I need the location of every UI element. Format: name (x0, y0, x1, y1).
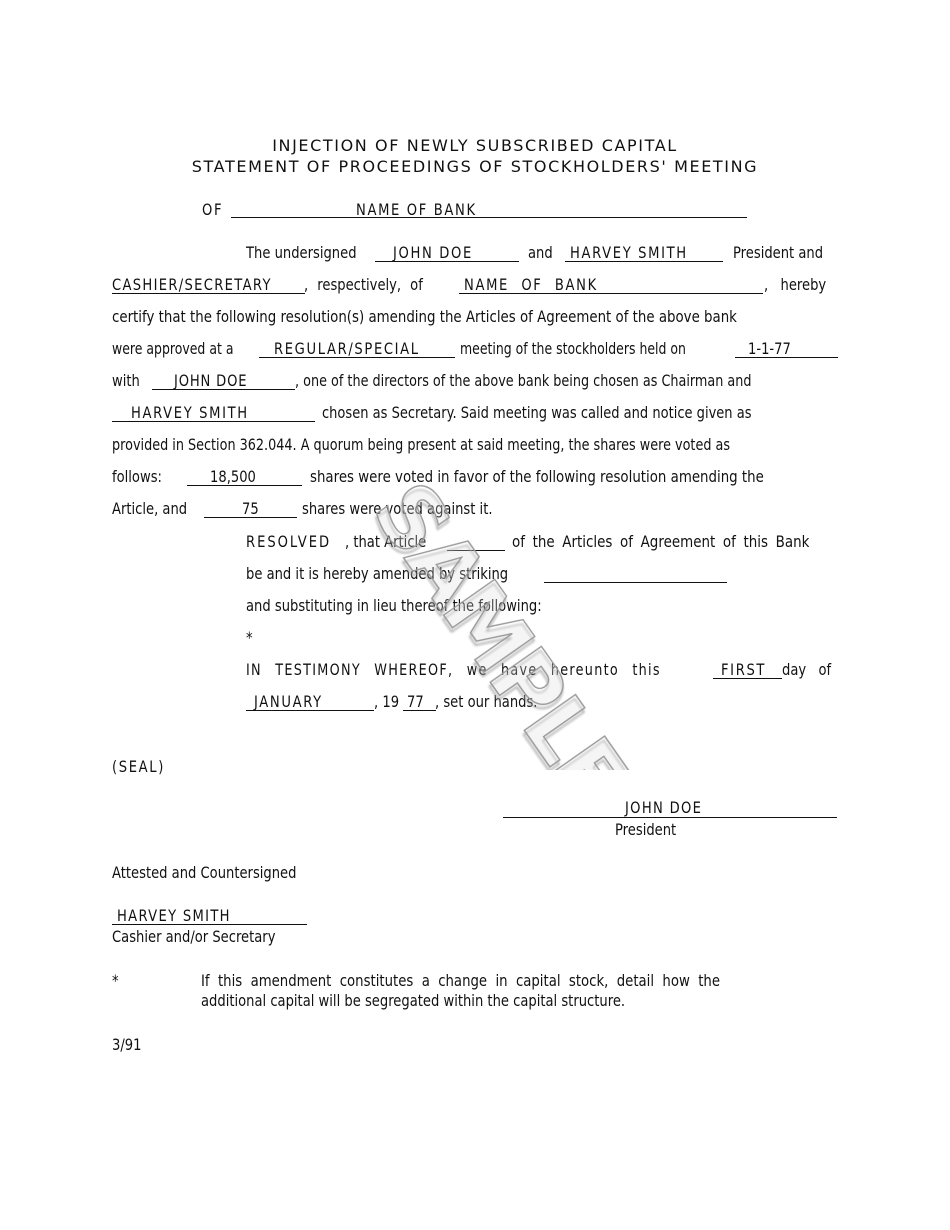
day-of-text: day of (782, 660, 831, 680)
article-number-field[interactable] (447, 550, 505, 551)
article-and-text: Article, and (112, 499, 187, 519)
attested-label: Attested and Countersigned (112, 863, 296, 883)
hereby-text: , hereby (764, 275, 826, 295)
amended-text: be and it is hereby amended by striking (246, 564, 508, 584)
meeting-date-value: 1-1-77 (748, 339, 791, 359)
intro-text: The undersigned (246, 243, 357, 263)
year-value: 77 (407, 692, 424, 712)
against-text: shares were voted against it. (302, 499, 493, 519)
of-articles-text: of the Articles of Agreement of this Ban… (512, 532, 809, 552)
month-value: JANUARY (254, 692, 323, 712)
chairman-name-value: JOHN DOE (174, 371, 247, 391)
meeting-type-value: REGULAR/SPECIAL (274, 339, 420, 359)
directors-text: , one of the directors of the above bank… (295, 371, 752, 391)
secretary-name-value: HARVEY SMITH (570, 243, 688, 263)
footnote-marker: * (112, 971, 119, 991)
favor-text: shares were voted in favor of the follow… (310, 467, 764, 487)
president-title: President (615, 820, 676, 840)
with-text: with (112, 371, 140, 391)
seal-label: (SEAL) (112, 757, 165, 777)
title-line-1: INJECTION OF NEWLY SUBSCRIBED CAPITAL (0, 136, 950, 156)
footnote-line-1: If this amendment constitutes a change i… (201, 971, 720, 991)
certify-text: certify that the following resolution(s)… (112, 307, 737, 327)
form-date: 3/91 (112, 1035, 141, 1055)
bank-name-inline-value: NAME OF BANK (464, 275, 598, 295)
resolution-asterisk: * (246, 628, 253, 648)
respectively-text: , respectively, of (304, 275, 423, 295)
president-and-text: President and (733, 243, 823, 263)
resolved-label: RESOLVED (246, 532, 331, 552)
day-value: FIRST (721, 660, 766, 680)
secretary-signature-value: HARVEY SMITH (117, 906, 231, 926)
officer-title-value: CASHIER/SECRETARY (112, 275, 272, 295)
substituting-text: and substituting in lieu thereof the fol… (246, 596, 542, 616)
testimony-text: IN TESTIMONY WHEREOF, we have hereunto t… (246, 660, 661, 680)
shares-for-value: 18,500 (210, 467, 256, 487)
follows-text: follows: (112, 467, 162, 487)
of-label: OF (202, 200, 223, 220)
document-page: INJECTION OF NEWLY SUBSCRIBED CAPITAL ST… (0, 0, 950, 1230)
secretary-chosen-value: HARVEY SMITH (131, 403, 249, 423)
chosen-text: chosen as Secretary. Said meeting was ca… (322, 403, 752, 423)
president-signature-value: JOHN DOE (625, 798, 702, 818)
president-name-value: JOHN DOE (393, 243, 473, 263)
section-text: provided in Section 362.044. A quorum be… (112, 435, 730, 455)
striking-text-field[interactable] (544, 582, 727, 583)
title-line-2: STATEMENT OF PROCEEDINGS OF STOCKHOLDERS… (0, 157, 950, 177)
shares-against-value: 75 (242, 499, 259, 519)
set-hands-text: , set our hands. (435, 692, 537, 712)
year-prefix-text: , 19 (374, 692, 399, 712)
and-text: and (528, 243, 553, 263)
meeting-text: meeting of the stockholders held on (460, 339, 686, 359)
footnote-line-2: additional capital will be segregated wi… (201, 991, 625, 1011)
bank-name-field[interactable] (231, 217, 747, 218)
secretary-title: Cashier and/or Secretary (112, 927, 275, 947)
that-article-text: , that Article (345, 532, 426, 552)
approved-text: were approved at a (112, 339, 233, 359)
bank-name-value: NAME OF BANK (356, 200, 477, 220)
